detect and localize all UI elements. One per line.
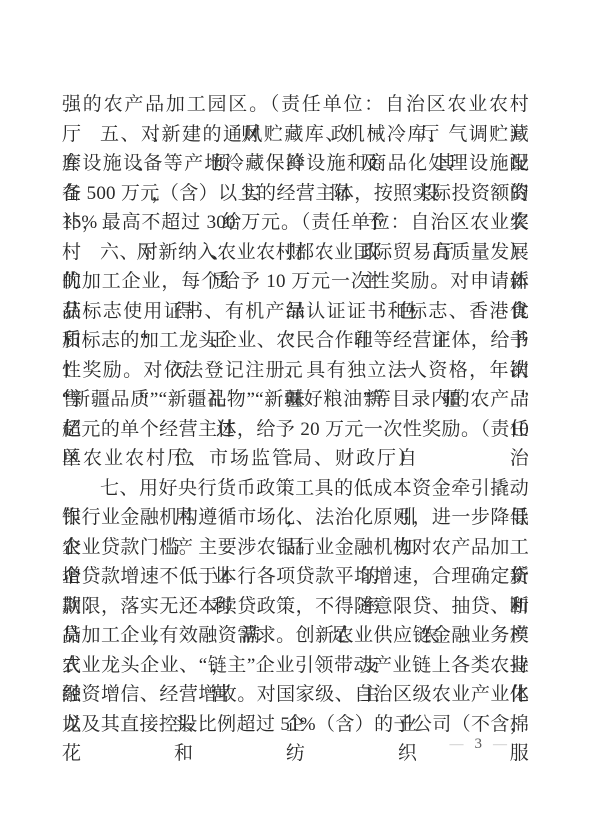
text-line: 期限，落实无还本续贷政策，不得随意限贷、抽贷、断贷，满足农产 xyxy=(62,592,529,622)
text-line: 以及其直接控股比例超过 51%（含）的子公司（不含棉花和纺织服 xyxy=(62,710,529,740)
document-body: 强的农产品加工园区。（责任单位：自治区农业农村厅、财政厅） 五、对新建的通风贮藏… xyxy=(62,90,529,739)
text-line: 和标志的加工龙头企业、农民合作社等经营主体，给予 1 万元一次 xyxy=(62,326,529,356)
text-line: 增贷款增速不低于本行各项贷款平均增速，合理确定贷款利率和 xyxy=(62,562,529,592)
text-line: 品加工企业有效融资需求。创新农业供应链金融业务模式，支持 xyxy=(62,621,529,651)
text-line-section-6-start: 六、对新纳入农业农村部农业国际贸易高质量发展优质主体 xyxy=(62,238,529,268)
text-line: “新疆品质”“新疆礼物”“新疆好粮油”等目录内的农产品超过 10 xyxy=(62,385,529,415)
text-line: 融资增信、经营增收。对国家级、自治区级农业产业化龙头企业， xyxy=(62,680,529,710)
text-line: 农业龙头企业、“链主”企业引领带动产业链上各类农业经营主体 xyxy=(62,651,529,681)
page-number-value: 3 xyxy=(475,736,483,753)
text-line: 强的农产品加工园区。（责任单位：自治区农业农村厅、财政厅） xyxy=(62,90,529,120)
text-line-section-7-start: 七、用好央行货币政策工具的低成本资金牵引撬动作用，引导 xyxy=(62,474,529,504)
text-line: 补，最高不超过 300 万元。（责任单位：自治区农业农村厅、财政厅） xyxy=(62,208,529,238)
page-number-dash-right: — xyxy=(493,737,507,753)
text-line: 性奖励。对依法登记注册、具有独立法人资格，年销售“品味新疆” xyxy=(62,356,529,386)
document-page: 强的农产品加工园区。（责任单位：自治区农业农村厅、财政厅） 五、对新建的通风贮藏… xyxy=(0,0,591,836)
text-line: 亿元的单个经营主体，给予 20 万元一次性奖励。（责任单位：自治 xyxy=(62,415,529,445)
text-line: 企业贷款门槛。主要涉农银行业金融机构对农产品加工企业的新 xyxy=(62,533,529,563)
text-line: 套设施设备等产地冷藏保鲜设施和商品化处理设施设备，实际投资 xyxy=(62,149,529,179)
text-line: 品标志使用证书、有机产品认证证书和标志、香港优质“正”印证书 xyxy=(62,297,529,327)
text-line: 在 500 万元（含）以上的经营主体，按照实际投资额的 15%给予奖 xyxy=(62,179,529,209)
text-line-section-5-start: 五、对新建的通风贮藏库、机械冷库、气调贮藏库、预冷及其配 xyxy=(62,120,529,150)
page-number-dash-left: — xyxy=(450,737,464,753)
text-line: 银行业金融机构遵循市场化、法治化原则，进一步降低农产品加工 xyxy=(62,503,529,533)
text-line: 的加工企业，每个给予 10 万元一次性奖励。对申请新获得绿色食 xyxy=(62,267,529,297)
page-number: — 3 — xyxy=(450,736,508,753)
